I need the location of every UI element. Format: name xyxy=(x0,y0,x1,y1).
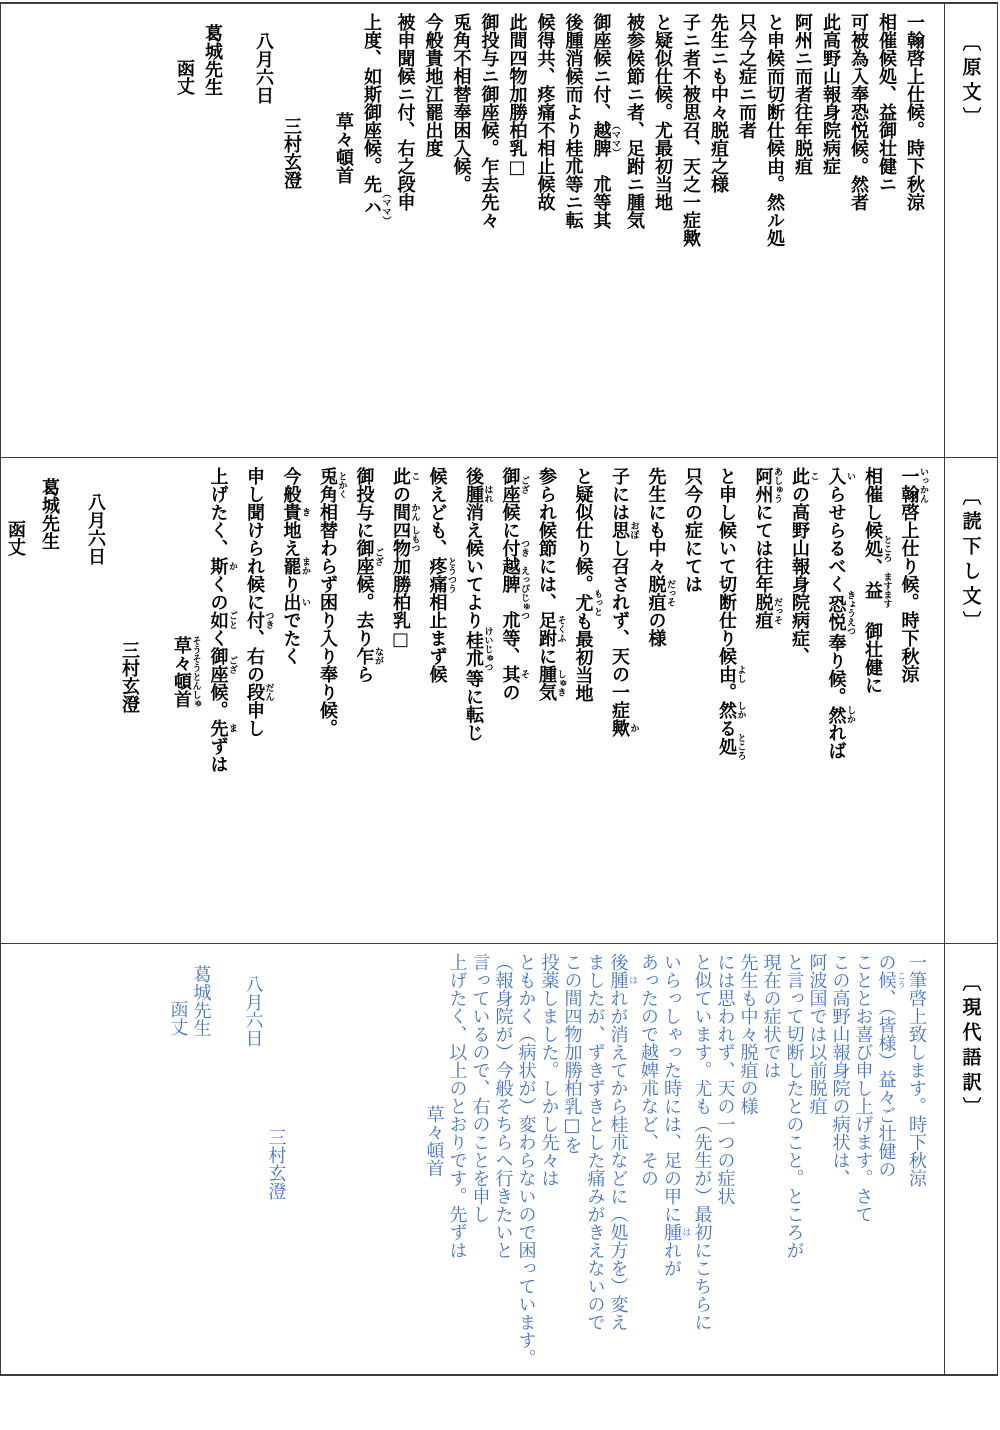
text-line: 一翰いっかん啓上仕り候。時下秋涼 xyxy=(892,467,929,939)
ruby-annotated-text: 足跗そくふ xyxy=(536,611,557,647)
ruby-annotated-text: 其そ xyxy=(500,665,521,683)
ruby-annotated-text: 腫は xyxy=(608,971,629,989)
text-line: と言って切断したとのこと。ところが xyxy=(783,953,806,1370)
text-line: 草々頓首 xyxy=(329,13,357,453)
text-line: 上げたく、以上のとおりです。先ずは xyxy=(446,953,469,1370)
text-line: 只今の症にては xyxy=(675,467,709,939)
ruby-annotated-text: 処ところ xyxy=(862,539,883,558)
text-line: 三村玄澄 xyxy=(277,13,305,453)
ruby-annotated-text: 入い xyxy=(826,467,847,485)
text-line: 候得共、疼痛不相止候故 xyxy=(531,13,559,453)
text-line: 草々頓首そうそうとんしゅ xyxy=(164,467,201,939)
text-line: の候こう、（皆様）益々ご壮健の xyxy=(875,953,906,1370)
text-line: ともかく（病状が）変わらないので困っています。 xyxy=(515,953,538,1370)
text-line: この間四物加勝柏乳□を xyxy=(561,953,584,1370)
ruby-annotated-text: 尤もっと xyxy=(573,593,594,612)
text-line: 葛城先生 xyxy=(198,13,226,453)
text-line: 相催し候処ところ、益ますます 御壮健に xyxy=(855,467,892,939)
ruby-annotated-text: 腫は xyxy=(661,1223,682,1241)
section-modern-translation: 一筆啓上致します。時下秋涼の候こう、（皆様）益々ご壮健のこととお喜び申し上げます… xyxy=(1,944,997,1374)
text-line: 草々頓首 xyxy=(423,953,446,1370)
original-header-label: 〔原文〕 xyxy=(958,32,985,132)
text-line: 上げたく、斯かくの如ごとく御座ござ候。先まずは xyxy=(201,467,238,939)
text-line: と疑似仕候。尤最初当地 xyxy=(648,13,676,453)
text-line: 後腫はれ消え候いてより桂朮けいじゅつ等に転じ xyxy=(456,467,493,939)
document-page: { "page":{ "background":"#ffffff", "bord… xyxy=(0,0,1000,1430)
ruby-annotated-text: 越脾 朮えっぴじゅつ xyxy=(500,557,521,629)
ruby-annotated-text: 越脾（ママ） xyxy=(591,121,612,157)
ruby-annotated-text: 草々頓首そうそうとんしゅ xyxy=(171,636,192,708)
ruby-annotated-text: 此こ xyxy=(789,467,810,485)
text-line: 函丈 xyxy=(1,467,32,939)
ruby-annotated-text: 兎角とかく xyxy=(317,467,338,503)
text-line: 此この間かん四物しもつ加勝柏乳□ xyxy=(383,467,420,939)
text-line: こととお喜び申し上げます。さて xyxy=(852,953,875,1370)
ruby-annotated-text: 御座ござ xyxy=(354,539,375,575)
ruby-annotated-text: 此こ xyxy=(390,467,411,485)
text-line: 只今之症ニ而者 xyxy=(732,13,760,453)
text-line: この高野山報身院の病状は、 xyxy=(829,953,852,1370)
text-line: 被参候節ニ者、足跗ニ腫気 xyxy=(620,13,648,453)
text-line: 今般貴地江罷出度 xyxy=(419,13,447,453)
ruby-annotated-text: 付つき xyxy=(244,611,265,629)
reading-header-label: 〔読下し文〕 xyxy=(958,486,985,636)
text-line: 八月六日 xyxy=(242,953,265,1370)
ruby-annotated-text: 御座ござ xyxy=(500,467,521,503)
text-line: と疑似仕り候。尤もっとも最初当地 xyxy=(566,467,603,939)
text-line: 兎角とかく相替わらず困り入り奉り候。 xyxy=(310,467,347,939)
ruby-annotated-text: 恐悦きょうえつ xyxy=(826,593,847,634)
text-line: 函丈 xyxy=(170,13,198,453)
ruby-annotated-text: 疼痛とうつう xyxy=(427,557,448,593)
text-line: 先生ニも中々脱疽之様 xyxy=(704,13,732,453)
text-line: 八月六日 xyxy=(249,13,277,453)
text-line: 先生も中々脱疽の様 xyxy=(737,953,760,1370)
text-line: 投薬しました。しかし先々は xyxy=(538,953,561,1370)
text-line: 可被為入奉恐悦候。然者 xyxy=(844,13,872,453)
ruby-annotated-text: 御座ござ xyxy=(208,647,229,683)
modern-translation-text-body: 一筆啓上致します。時下秋涼の候こう、（皆様）益々ご壮健のこととお喜び申し上げます… xyxy=(1,944,944,1374)
original-text-body: 一翰啓上仕候。時下秋涼相催候処、益御壮健ニ可被為入奉恐悦候。然者此高野山報身院病… xyxy=(1,4,944,457)
modern-translation-header-label: 〔現代語訳〕 xyxy=(958,972,985,1122)
ruby-annotated-text: 阿州あしゅう xyxy=(753,467,774,503)
ruby-annotated-text: 四物しもつ xyxy=(390,521,411,557)
text-line: 三村玄澄 xyxy=(265,953,288,1370)
ruby-annotated-text: ハ（ママ） xyxy=(361,193,382,225)
text-line: 候えども、疼痛とうつう相止まず候 xyxy=(420,467,457,939)
ruby-annotated-text: 腫はれ xyxy=(463,485,484,503)
text-line: 三村玄澄 xyxy=(112,467,146,939)
text-line: 阿州あしゅうにては往年脱疽だっそ xyxy=(746,467,783,939)
ruby-annotated-text: 斯か xyxy=(208,557,229,575)
text-line: 申し聞けられ候に付つき、右の段だん申し xyxy=(237,467,274,939)
ruby-annotated-text: 腫気しゅき xyxy=(536,665,557,701)
text-line: 御投与ニ御座候。乍去先々 xyxy=(475,13,503,453)
text-line: 相催候処、益御壮健ニ xyxy=(872,13,900,453)
ruby-annotated-text: 罷まか xyxy=(281,557,302,575)
section-reading: 一翰いっかん啓上仕り候。時下秋涼相催し候処ところ、益ますます 御壮健に入いらせら… xyxy=(1,458,997,944)
text-line: 阿波国では以前脱疽 xyxy=(806,953,829,1370)
ruby-annotated-text: 由よし xyxy=(716,665,737,683)
text-line: 子には思おぼし召されず、天の一症歟か xyxy=(602,467,639,939)
text-line: 後腫はれが消えてから桂朮などに（処方を）変え xyxy=(607,953,638,1370)
text-line: 今般貴き地え罷まかり出いでたく xyxy=(274,467,311,939)
modern-translation-header-cell: 〔現代語訳〕 xyxy=(944,944,997,1374)
text-line: 先生にも中々脱疽だっその様 xyxy=(639,467,676,939)
ruby-annotated-text: 間かん xyxy=(390,503,411,521)
ruby-annotated-text: 然しか xyxy=(826,706,847,724)
ruby-annotated-text: 思おぼ xyxy=(609,521,630,539)
text-line: 一翰啓上仕候。時下秋涼 xyxy=(900,13,928,453)
ruby-annotated-text: 先ま xyxy=(208,719,229,737)
section-original: 一翰啓上仕候。時下秋涼相催候処、益御壮健ニ可被為入奉恐悦候。然者此高野山報身院病… xyxy=(1,4,997,458)
text-line: と申候而切断仕候由。然ル処 xyxy=(760,13,788,453)
ruby-annotated-text: 益ますます xyxy=(862,576,883,604)
ruby-annotated-text: 付つき xyxy=(500,539,521,557)
text-line: と似ています。尤も（先生が）最初にこちらに xyxy=(691,953,714,1370)
text-line: ましたが、ずきずきとした痛みがきえないので xyxy=(584,953,607,1370)
text-line: 上度、如斯御座候。先ハ（ママ） xyxy=(357,13,391,453)
ruby-annotated-text: 貴き xyxy=(281,503,302,521)
text-line: には思われず、天の一つの症状 xyxy=(714,953,737,1370)
text-line: あったので越婢朮など、その xyxy=(637,953,660,1370)
text-line: 八月六日 xyxy=(78,467,112,939)
ruby-annotated-text: 処ところ xyxy=(716,737,737,760)
text-line: 言っているので、右のことを申し xyxy=(469,953,492,1370)
text-line: 兎角不相替奉困入候。 xyxy=(447,13,475,453)
text-line: 子ニ者不被思召、天之一症歟 xyxy=(676,13,704,453)
text-line: 此この高野山報身院病症、 xyxy=(782,467,819,939)
text-line: 阿州ニ而者往年脱疽 xyxy=(788,13,816,453)
ruby-annotated-text: 脱疽だっそ xyxy=(646,575,667,611)
text-line: 現在の症状では xyxy=(760,953,783,1370)
original-header-cell: 〔原文〕 xyxy=(944,4,997,457)
text-line: いらっしゃった時には、足の甲に腫はれが xyxy=(660,953,691,1370)
text-line: 入いらせらるべく恐悦きょうえつ奉り候。然しかれば xyxy=(819,467,856,939)
ruby-annotated-text: 段だん xyxy=(244,683,265,701)
text-line: 葛城先生 xyxy=(190,953,213,1370)
document-table: 一翰啓上仕候。時下秋涼相催候処、益御壮健ニ可被為入奉恐悦候。然者此高野山報身院病… xyxy=(0,2,998,1376)
text-line: 後腫消候而より桂朮等ニ転 xyxy=(559,13,587,453)
text-line: 御座候ニ付、越脾（ママ） 朮等其 xyxy=(587,13,621,453)
text-line: 此間四物加勝柏乳□ xyxy=(503,13,531,453)
reading-text-body: 一翰いっかん啓上仕り候。時下秋涼相催し候処ところ、益ますます 御壮健に入いらせら… xyxy=(1,458,944,943)
text-line: 函丈 xyxy=(167,953,190,1370)
text-line: 御投与に御座ござ候。去り乍ながら xyxy=(347,467,384,939)
text-line: 此高野山報身院病症 xyxy=(816,13,844,453)
ruby-annotated-text: 一翰いっかん xyxy=(899,467,920,503)
ruby-annotated-text: 如ごと xyxy=(208,611,229,629)
text-line: と申し候いて切断仕り候由よし。然しかる処ところ xyxy=(709,467,746,939)
text-line: 御座ござ候に付つき越脾 朮えっぴじゅつ等、其その xyxy=(493,467,530,939)
ruby-annotated-text: 出い xyxy=(281,593,302,611)
text-line: 参られ候節には、足跗そくふに腫気しゅき xyxy=(529,467,566,939)
ruby-annotated-text: 脱疽だっそ xyxy=(753,593,774,629)
ruby-annotated-text: 桂朮けいじゅつ xyxy=(463,629,484,670)
ruby-annotated-text: 候こう xyxy=(876,971,897,989)
reading-header-cell: 〔読下し文〕 xyxy=(944,458,997,943)
text-line: 葛城先生 xyxy=(32,467,66,939)
text-line: 被申聞候ニ付、右之段申 xyxy=(391,13,419,453)
text-line: 一筆啓上致します。時下秋涼 xyxy=(905,953,928,1370)
text-line: （報身院が）今般そちらへ行きたいと xyxy=(492,953,515,1370)
ruby-annotated-text: 乍なが xyxy=(354,647,375,665)
ruby-annotated-text: 歟か xyxy=(609,719,630,737)
ruby-annotated-text: 然しか xyxy=(716,701,737,719)
